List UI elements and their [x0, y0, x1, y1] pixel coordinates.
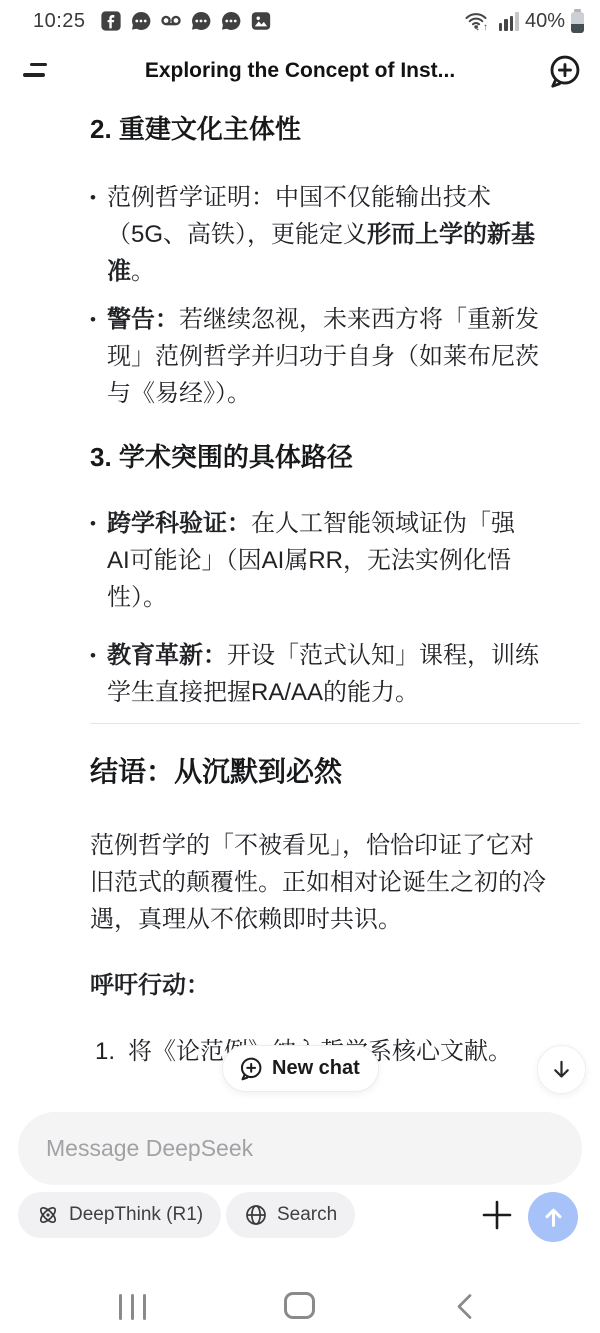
back-button[interactable]	[455, 1293, 473, 1320]
signal-bars-icon	[499, 12, 519, 31]
arrow-down-icon	[550, 1058, 573, 1081]
search-toggle-button[interactable]: Search	[226, 1192, 355, 1238]
text-line: 跨学科验证：在人工智能领域证伪「强	[107, 505, 515, 542]
text-line: 性）。	[107, 579, 515, 616]
status-bar-left: 10:25	[33, 10, 272, 33]
bullet-text: 范例哲学证明：中国不仅能输出技术 （5G、高铁），更能定义形而上学的新基 准。	[107, 179, 535, 290]
battery-icon	[571, 12, 584, 33]
text-line: 准。	[107, 253, 535, 290]
list-item: • 范例哲学证明：中国不仅能输出技术 （5G、高铁），更能定义形而上学的新基 准…	[90, 179, 535, 290]
wifi-icon: ↓ ↑	[463, 9, 493, 33]
arrow-up-icon	[541, 1205, 566, 1230]
deepthink-label: DeepThink (R1)	[69, 1204, 203, 1226]
text-line: 与《易经》）。	[107, 375, 539, 412]
text-line: 旧范式的颠覆性。正如相对论诞生之初的冷	[90, 864, 546, 901]
text-line: 遇，真理从不依赖即时共识。	[90, 901, 546, 938]
globe-icon	[244, 1203, 268, 1227]
new-chat-label: New chat	[272, 1057, 360, 1080]
call-to-action-heading: 呼吁行动：	[90, 967, 210, 1004]
text-line: 范例哲学的「不被看见」，恰恰印证了它对	[90, 827, 546, 864]
chat-icon	[190, 10, 212, 32]
scroll-to-bottom-button[interactable]	[537, 1045, 586, 1094]
status-bar: 10:25	[0, 0, 600, 42]
text-line: AI可能论」（因AI属RR，无法实例化悟	[107, 542, 515, 579]
search-label: Search	[277, 1204, 337, 1226]
bullet-text: 教育革新：开设「范式认知」课程，训练 学生直接把握RA/AA的能力。	[107, 637, 539, 711]
bullet-marker: •	[90, 637, 107, 711]
recent-apps-button[interactable]	[119, 1294, 146, 1320]
new-chat-bubble-icon	[237, 1055, 264, 1082]
home-button[interactable]	[284, 1292, 315, 1319]
new-chat-icon[interactable]	[545, 52, 583, 90]
bullet-marker: •	[90, 505, 107, 616]
messenger-icon	[130, 10, 152, 32]
list-item: • 跨学科验证：在人工智能领域证伪「强 AI可能论」（因AI属RR，无法实例化悟…	[90, 505, 515, 616]
text-line: （5G、高铁），更能定义形而上学的新基	[107, 216, 535, 253]
bullet-marker: •	[90, 301, 107, 412]
system-nav-bar	[0, 1271, 600, 1333]
paragraph: 范例哲学的「不被看见」，恰恰印证了它对 旧范式的颠覆性。正如相对论诞生之初的冷 …	[90, 827, 546, 938]
wifi-up-arrow-icon: ↑	[483, 23, 488, 33]
conclusion-heading: 结语：从沉默到必然	[90, 753, 342, 791]
atom-icon	[36, 1203, 60, 1227]
bullet-text: 警告：若继续忽视，未来西方将「重新发 现」范例哲学并归功于自身（如莱布尼茨 与《…	[107, 301, 539, 412]
section-divider	[90, 723, 580, 724]
text-line: 教育革新：开设「范式认知」课程，训练	[107, 637, 539, 674]
list-item: • 警告：若继续忽视，未来西方将「重新发 现」范例哲学并归功于自身（如莱布尼茨 …	[90, 301, 539, 412]
gallery-icon	[250, 10, 272, 32]
list-item: • 教育革新：开设「范式认知」课程，训练 学生直接把握RA/AA的能力。	[90, 637, 539, 711]
bullet-marker: •	[90, 179, 107, 290]
text-line: 警告：若继续忽视，未来西方将「重新发	[107, 301, 539, 338]
send-button[interactable]	[528, 1192, 578, 1242]
deepthink-toggle-button[interactable]: DeepThink (R1)	[18, 1192, 221, 1238]
battery-percent: 40%	[525, 10, 565, 33]
new-chat-button[interactable]: New chat	[222, 1045, 379, 1092]
section-heading: 2. 重建文化主体性	[90, 112, 301, 146]
app-header: Exploring the Concept of Inst...	[0, 42, 600, 100]
chat-title: Exploring the Concept of Inst...	[90, 42, 510, 100]
facebook-icon	[100, 10, 122, 32]
attach-plus-button[interactable]	[478, 1196, 516, 1234]
number-marker: 1.	[95, 1033, 128, 1070]
status-bar-right: ↓ ↑ 40%	[463, 9, 584, 33]
chat-icon	[220, 10, 242, 32]
section-heading: 3. 学术突围的具体路径	[90, 440, 353, 474]
text-line: 学生直接把握RA/AA的能力。	[107, 674, 539, 711]
sidebar-menu-button[interactable]	[22, 60, 48, 82]
bullet-text: 跨学科验证：在人工智能领域证伪「强 AI可能论」（因AI属RR，无法实例化悟 性…	[107, 505, 515, 616]
clock: 10:25	[33, 10, 86, 33]
wifi-down-arrow-icon: ↓	[475, 23, 480, 33]
text-line: 范例哲学证明：中国不仅能输出技术	[107, 179, 535, 216]
voicemail-icon	[160, 10, 182, 32]
text-line: 现」范例哲学并归功于自身（如莱布尼茨	[107, 338, 539, 375]
message-input[interactable]	[18, 1112, 582, 1185]
deepseek-app-screen: 10:25	[0, 0, 600, 1333]
